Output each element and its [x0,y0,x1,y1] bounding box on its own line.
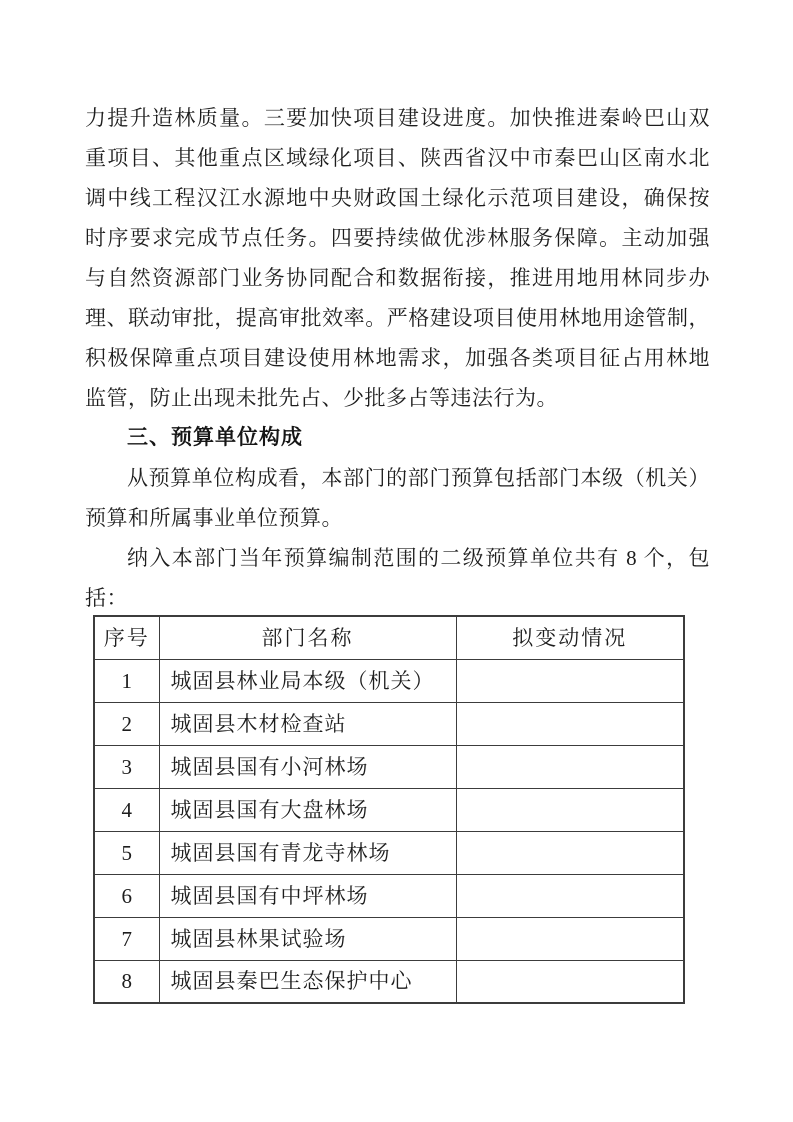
table-row: 3 城固县国有小河林场 [94,745,684,788]
text-line: 与自然资源部门业务协同配合和数据衔接，推进用地用林同步办 [85,258,710,298]
planned-change-cell [456,831,684,874]
planned-change-cell [456,874,684,917]
column-header-planned-change: 拟变动情况 [456,616,684,659]
table-header-row: 序号 部门名称 拟变动情况 [94,616,684,659]
text-line: 调中线工程汉江水源地中央财政国土绿化示范项目建设，确保按 [85,178,710,218]
unit-name-cell: 城固县林业局本级（机关） [159,659,456,702]
column-header-department-name: 部门名称 [159,616,456,659]
table-row: 4 城固县国有大盘林场 [94,788,684,831]
planned-change-cell [456,659,684,702]
text-line: 力提升造林质量。三要加快项目建设进度。加快推进秦岭巴山双 [85,98,710,138]
document-body: 力提升造林质量。三要加快项目建设进度。加快推进秦岭巴山双 重项目、其他重点区域绿… [85,98,710,1004]
unit-name-cell: 城固县国有大盘林场 [159,788,456,831]
serial-no-cell: 7 [94,917,159,960]
text-line: 预算和所属事业单位预算。 [85,498,710,538]
planned-change-cell [456,788,684,831]
planned-change-cell [456,960,684,1003]
planned-change-cell [456,745,684,788]
unit-name-cell: 城固县秦巴生态保护中心 [159,960,456,1003]
planned-change-cell [456,917,684,960]
serial-no-cell: 4 [94,788,159,831]
unit-name-cell: 城固县林果试验场 [159,917,456,960]
unit-name-cell: 城固县国有小河林场 [159,745,456,788]
table-row: 8 城固县秦巴生态保护中心 [94,960,684,1003]
table-row: 7 城固县林果试验场 [94,917,684,960]
section-heading: 三、预算单位构成 [85,418,710,458]
serial-no-cell: 3 [94,745,159,788]
table-row: 6 城固县国有中坪林场 [94,874,684,917]
text-line: 监管，防止出现未批先占、少批多占等违法行为。 [85,378,710,418]
text-line: 理、联动审批，提高审批效率。严格建设项目使用林地用途管制， [85,298,710,338]
text-line: 纳入本部门当年预算编制范围的二级预算单位共有 8 个，包 [85,538,710,578]
text-line: 积极保障重点项目建设使用林地需求，加强各类项目征占用林地 [85,338,710,378]
text-line: 从预算单位构成看，本部门的部门预算包括部门本级（机关） [85,458,710,498]
text-line: 时序要求完成节点任务。四要持续做优涉林服务保障。主动加强 [85,218,710,258]
serial-no-cell: 1 [94,659,159,702]
unit-name-cell: 城固县国有中坪林场 [159,874,456,917]
serial-no-cell: 6 [94,874,159,917]
text-line: 重项目、其他重点区域绿化项目、陕西省汉中市秦巴山区南水北 [85,138,710,178]
text-line: 括： [85,578,710,618]
unit-name-cell: 城固县国有青龙寺林场 [159,831,456,874]
paragraph-unit-count: 纳入本部门当年预算编制范围的二级预算单位共有 8 个，包 括： [85,538,710,618]
serial-no-cell: 5 [94,831,159,874]
serial-no-cell: 2 [94,702,159,745]
table-row: 5 城固县国有青龙寺林场 [94,831,684,874]
table-row: 1 城固县林业局本级（机关） [94,659,684,702]
column-header-serial-no: 序号 [94,616,159,659]
serial-no-cell: 8 [94,960,159,1003]
unit-name-cell: 城固县木材检查站 [159,702,456,745]
budget-units-table: 序号 部门名称 拟变动情况 1 城固县林业局本级（机关） 2 城固县木材检查站 [93,615,685,1004]
table-row: 2 城固县木材检查站 [94,702,684,745]
paragraph-continuation: 力提升造林质量。三要加快项目建设进度。加快推进秦岭巴山双 重项目、其他重点区域绿… [85,98,710,418]
document-page: 力提升造林质量。三要加快项目建设进度。加快推进秦岭巴山双 重项目、其他重点区域绿… [0,0,793,1122]
paragraph-budget-composition: 从预算单位构成看，本部门的部门预算包括部门本级（机关） 预算和所属事业单位预算。 [85,458,710,538]
planned-change-cell [456,702,684,745]
